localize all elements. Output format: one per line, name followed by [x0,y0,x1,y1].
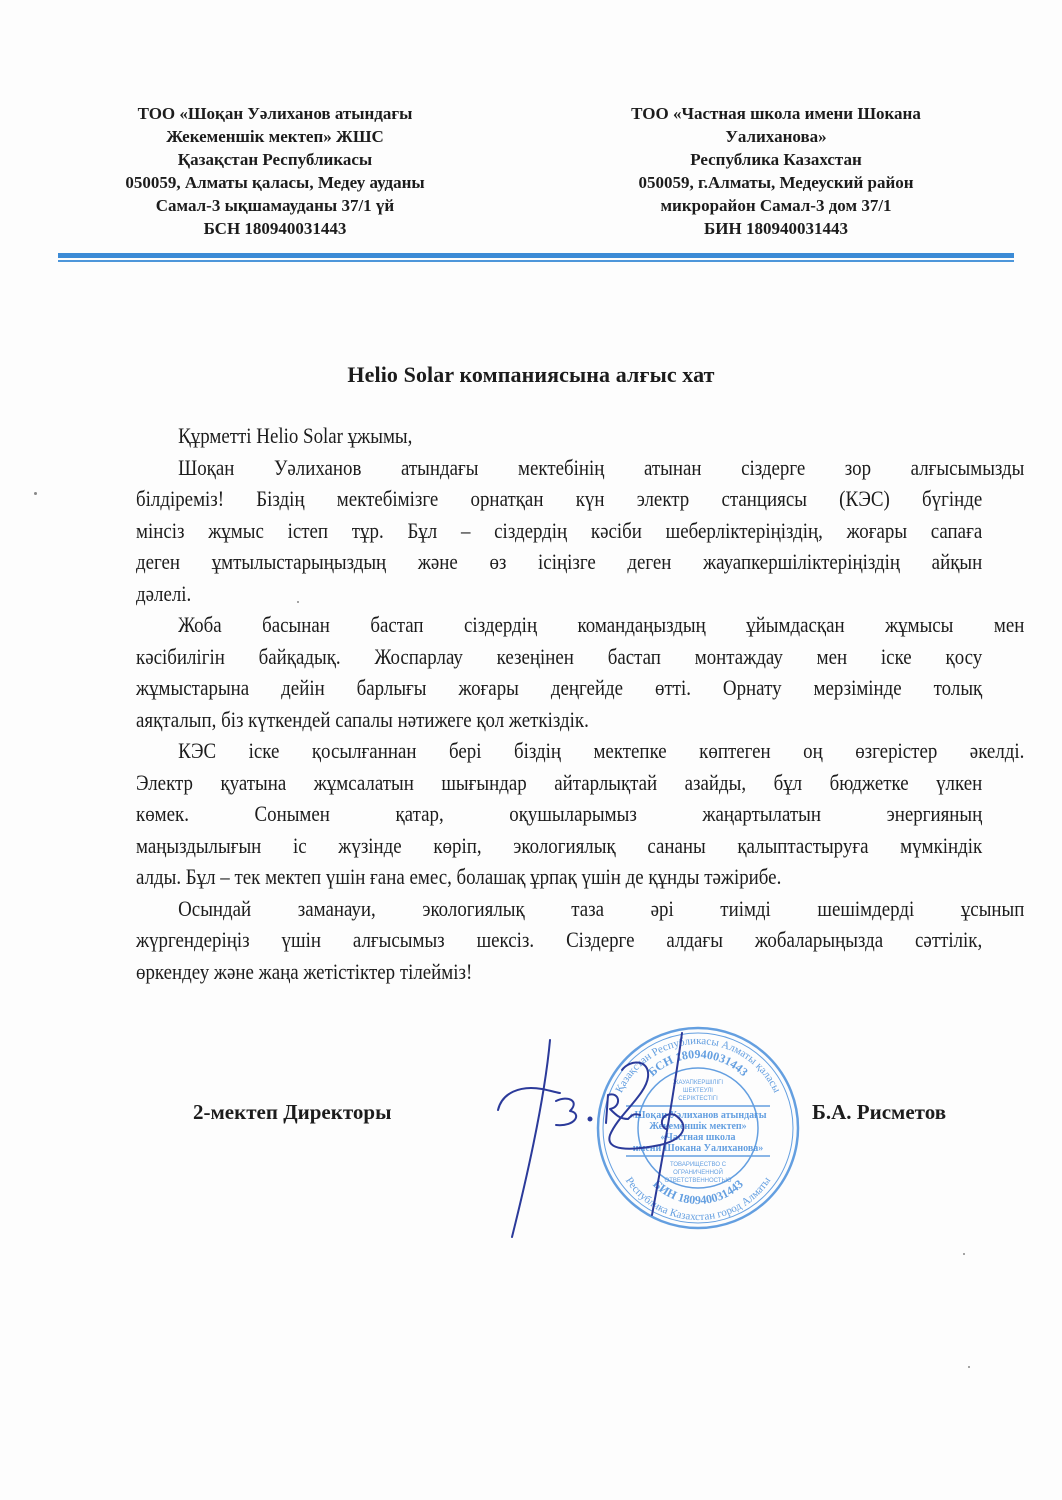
signatory-position: 2-мектеп Директоры [193,1100,391,1125]
letterhead-russian: ТОО «Частная школа имени Шокана Уалихано… [596,102,956,240]
paragraph-line: өркендеу және жаңа жетістіктер тілейміз! [136,956,982,988]
paragraph-line: көмек. Сонымен қатар, оқушыларымыз жаңар… [136,798,982,830]
letterhead-line: БИН 180940031443 [596,217,956,240]
letter-body: Құрметті Helio Solar ұжымы, Шоқан Уәлиха… [136,420,982,987]
paragraph-line: жүргендеріңіз үшін алғысымыз шексіз. Сіз… [136,924,982,956]
letterhead-divider-thin [58,260,1014,262]
letterhead-line: Республика Казахстан [596,148,956,171]
scan-speck [297,601,299,603]
paragraph: Осындай заманауи, экологиялық таза әрі т… [136,893,982,988]
scan-speck [968,1366,970,1368]
paragraph-line: КЭС іске қосылғаннан бері біздің мектепк… [136,735,1024,767]
handwritten-signature-icon [490,1015,720,1250]
paragraph-line: алды. Бұл – тек мектеп үшін ғана емес, б… [136,861,982,893]
letterhead-line: Жекеменшік мектеп» ЖШС [90,125,460,148]
paragraph: КЭС іске қосылғаннан бері біздің мектепк… [136,735,982,893]
paragraph-line: Электр қуатына жұмсалатын шығындар айтар… [136,767,982,799]
letterhead-line: Уалиханова» [596,125,956,148]
paragraph-line: жұмыстарына дейін барлығы жоғары деңгейд… [136,672,982,704]
letterhead-kazakh: ТОО «Шоқан Уәлиханов атындағы Жекеменшік… [90,102,460,240]
letterhead-line: Самал-3 ықшамауданы 37/1 үй [90,194,460,217]
paragraph-line: білдіреміз! Біздің мектебімізге орнатқан… [136,483,982,515]
paragraph-line: Жоба басынан бастап сіздердің командаңыз… [136,609,1024,641]
signatory-name: Б.А. Рисметов [812,1100,946,1125]
letterhead-line: микрорайон Самал-3 дом 37/1 [596,194,956,217]
letterhead-line: 050059, Алматы қаласы, Медеу ауданы [90,171,460,194]
paragraph-line: мінсіз жұмыс істеп тұр. Бұл – сіздердің … [136,515,982,547]
paragraph-line: Осындай заманауи, экологиялық таза әрі т… [136,893,1024,925]
paragraph-line: деген ұмтылыстарыңыздың және өз ісіңізге… [136,546,982,578]
letterhead-divider-thick [58,253,1014,258]
letterhead-line: ТОО «Частная школа имени Шокана [596,102,956,125]
scan-speck [963,1253,965,1255]
paragraph-line: дәлелі. [136,578,982,610]
greeting: Құрметті Helio Solar ұжымы, [136,420,1024,452]
paragraph-line: маңыздылығын іс жүзінде көріп, экологиял… [136,830,982,862]
paragraph-line: Шоқан Уәлиханов атындағы мектебінің атын… [136,452,1024,484]
letterhead-line: Қазақстан Республикасы [90,148,460,171]
paragraph: Жоба басынан бастап сіздердің командаңыз… [136,609,982,735]
scan-speck [34,492,37,495]
letterhead-line: ТОО «Шоқан Уәлиханов атындағы [90,102,460,125]
paragraph-line: аяқталып, біз күткендей сапалы нәтижеге … [136,704,982,736]
letter-title: Helio Solar компаниясына алғыс хат [0,362,1062,388]
letterhead-line: 050059, г.Алматы, Медеуский район [596,171,956,194]
letterhead-line: БСН 180940031443 [90,217,460,240]
paragraph: Шоқан Уәлиханов атындағы мектебінің атын… [136,452,982,610]
paragraph-line: кәсібилігін байқадық. Жоспарлау кезеңіне… [136,641,982,673]
